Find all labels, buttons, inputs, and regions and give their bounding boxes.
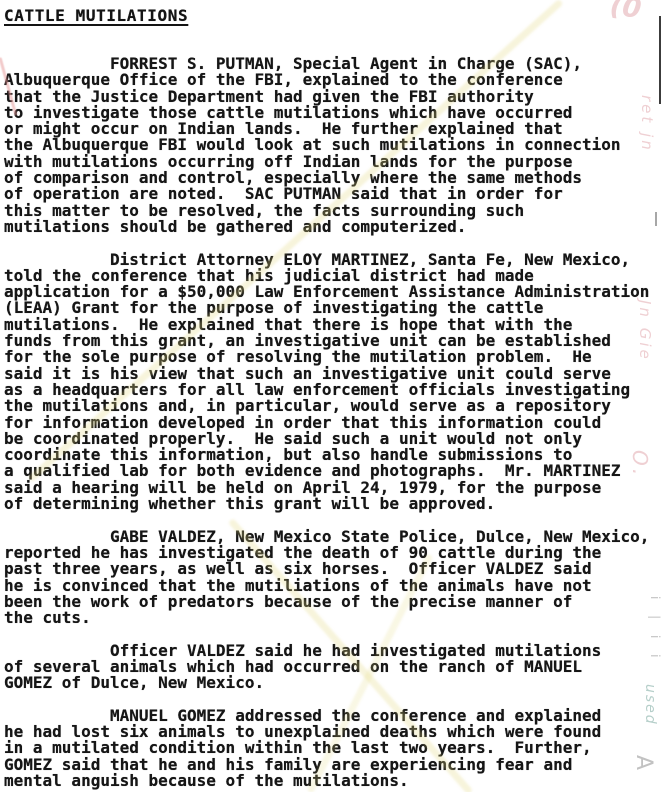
scanned-document-page: CATTLE MUTILATIONS FORREST S. PUTMAN, Sp…	[0, 0, 663, 792]
paragraph-valdez-cattle: GABE VALDEZ, New Mexico State Police, Du…	[4, 529, 663, 627]
paragraph-martinez-grant: District Attorney ELOY MARTINEZ, Santa F…	[4, 252, 663, 513]
paragraph-gomez-statement: MANUEL GOMEZ addressed the conference an…	[4, 708, 663, 789]
paragraph-valdez-gomez-ranch: Officer VALDEZ said he had investigated …	[4, 643, 663, 692]
paragraph-putman-fbi: FORREST S. PUTMAN, Special Agent in Char…	[4, 56, 663, 235]
document-title: CATTLE MUTILATIONS	[4, 7, 188, 24]
